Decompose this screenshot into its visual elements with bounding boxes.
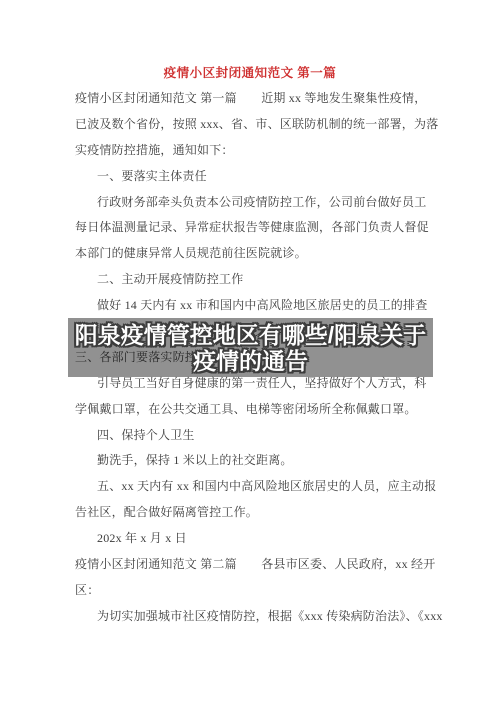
text-line: 已波及数个省份，按照 xxx、省、市、区联防机制的统一部署，为落 xyxy=(75,112,437,138)
text-line: 每日体温测量记录、异常症状报告等健康监测，各部门负责人督促 xyxy=(75,215,437,241)
text-line: 做好 14 天内有 xx 市和国内中高风险地区旅居史的员工的排查 xyxy=(75,293,437,319)
text-line: 疫情小区封闭通知范文 第一篇 近期 xx 等地发生聚集性疫情， xyxy=(75,86,437,112)
text-line: 行政财务部牵头负责本公司疫情防控工作，公司前台做好员工 xyxy=(75,190,437,216)
text-line: 为切实加强城市社区疫情防控，根据《xxx 传染病防治法》、《xxx xyxy=(75,604,437,630)
text-line: 二、主动开展疫情防控工作 xyxy=(75,267,437,293)
overlay-title-line2: 疫情的通告 xyxy=(193,348,308,374)
text-line: 学佩戴口罩，在公共交通工具、电梯等密闭场所全称佩戴口罩。 xyxy=(75,397,437,423)
text-line: 本部门的健康异常人员规范前往医院就诊。 xyxy=(75,241,437,267)
doc-title: 疫情小区封闭通知范文 第一篇 xyxy=(0,64,500,82)
text-line: 勤洗手，保持 1 米以上的社交距离。 xyxy=(75,448,437,474)
text-line: 202x 年 x 月 x 日 xyxy=(75,526,437,552)
document-page: 疫情小区封闭通知范文 第一篇 疫情小区封闭通知范文 第一篇 近期 xx 等地发生… xyxy=(0,0,500,706)
text-line: 疫情小区封闭通知范文 第二篇 各县市区委、人民政府，xx 经开 xyxy=(75,552,437,578)
text-line: 四、保持个人卫生 xyxy=(75,423,437,449)
text-line: 一、要落实主体责任 xyxy=(75,164,437,190)
text-line: 区： xyxy=(75,578,437,604)
text-line: 实疫情防控措施，通知如下： xyxy=(75,138,437,164)
text-line: 告社区，配合做好隔离管控工作。 xyxy=(75,500,437,526)
overlay-banner: 阳泉疫情管控地区有哪些/阳泉关于 疫情的通告 xyxy=(68,318,433,377)
text-line: 五、xx 天内有 xx 和国内中高风险地区旅居史的人员，应主动报 xyxy=(75,474,437,500)
overlay-title-line1: 阳泉疫情管控地区有哪些/阳泉关于 xyxy=(75,322,426,348)
